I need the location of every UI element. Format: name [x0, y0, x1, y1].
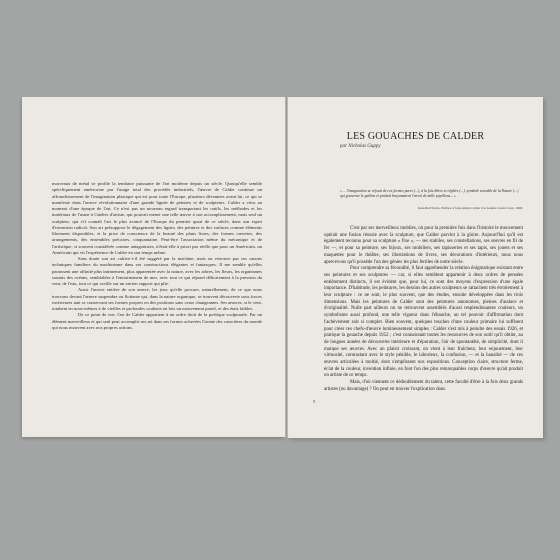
left-page-body: morceaux de métal se profile la tendance… — [52, 181, 262, 331]
article-author: par Nicholas Guppy — [340, 144, 381, 149]
right-paragraph: Pour comprendre sa fécondité, il faut ap… — [324, 266, 523, 380]
right-paragraph: C'est par ses merveilleux mobiles, où po… — [324, 226, 523, 266]
article-title: LES GOUACHES DE CALDER — [288, 131, 543, 142]
left-paragraph: morceaux de métal se profile la tendance… — [52, 181, 262, 256]
epigraph: « ... l'imagination se réjouit de ces fo… — [340, 189, 523, 198]
epigraph-source: Jean-Paul Sartre, Préface à l'exposition… — [418, 206, 524, 210]
left-paragraph: Sans doute son art cultive-t-il été sugg… — [52, 256, 262, 287]
left-page: morceaux de métal se profile la tendance… — [22, 97, 286, 437]
left-paragraph: De ce point de vue, l'art de Calder appa… — [52, 312, 262, 331]
page-number: 5 — [313, 399, 315, 404]
right-page: LES GOUACHES DE CALDER par Nicholas Gupp… — [288, 97, 543, 438]
right-page-body: C'est par ses merveilleux mobiles, où po… — [324, 226, 523, 394]
left-paragraph: Aussi l'œuvre entière de son œuvre, les … — [52, 287, 262, 312]
right-paragraph: Mais, d'où viennent ce dédoublement du t… — [324, 380, 523, 393]
